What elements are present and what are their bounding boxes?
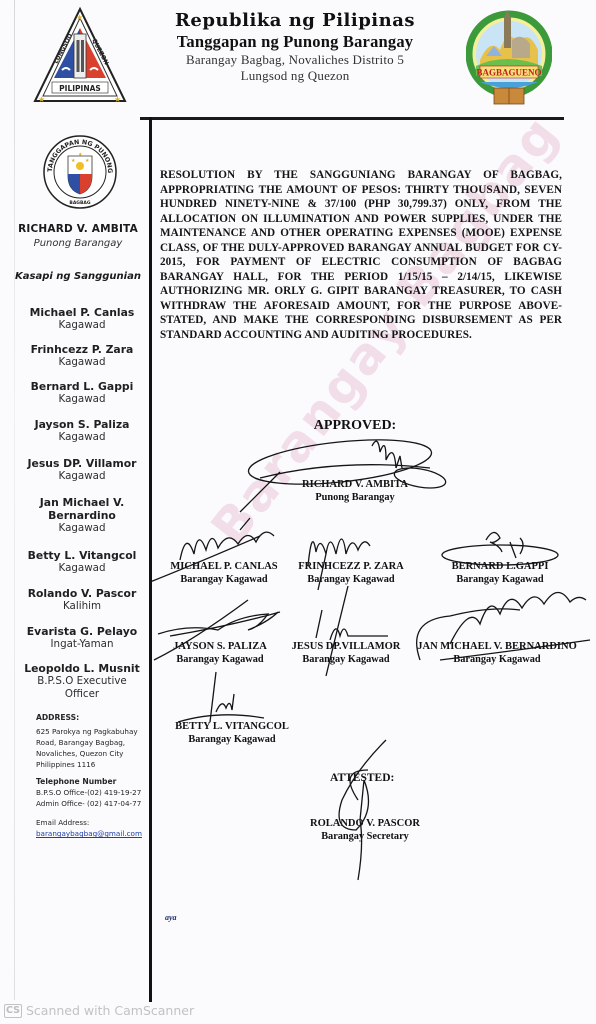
member-role: Kagawad	[14, 319, 150, 332]
member-name: Leopoldo L. Musnit	[14, 662, 150, 675]
council-member: Betty L. Vitangcol Kagawad	[14, 549, 150, 575]
camscanner-footer: CS Scanned with CamScanner	[4, 1003, 194, 1018]
member-role: Kagawad	[14, 470, 150, 483]
member-name-continued: Bernardino	[14, 509, 150, 522]
signatory-name: MICHAEL P. CANLAS	[164, 560, 284, 573]
address-line: Road, Barangay Bagbag,	[36, 737, 152, 748]
signature-block: JESUS DP.VILLAMOR Barangay Kagawad	[286, 640, 406, 666]
signature-block: JAN MICHAEL V. BERNARDINO Barangay Kagaw…	[412, 640, 582, 666]
svg-text:★: ★	[38, 95, 45, 104]
address-block: ADDRESS: 625 Parokya ng Pagkabuhay Road,…	[36, 712, 152, 770]
signatory-role: Barangay Kagawad	[440, 573, 560, 586]
email-link[interactable]: barangaybagbag@gmail.com	[36, 829, 142, 838]
member-role: Ingat-Yaman	[14, 638, 150, 651]
signature-block: MICHAEL P. CANLAS Barangay Kagawad	[164, 560, 284, 586]
address-line: 625 Parokya ng Pagkabuhay	[36, 726, 152, 737]
council-member: Bernard L. Gappi Kagawad	[14, 380, 150, 406]
signatory-name: JESUS DP.VILLAMOR	[286, 640, 406, 653]
signature-block: BETTY L. VITANGCOL Barangay Kagawad	[172, 720, 292, 746]
signatory-name: FRINHCEZZ P. ZARA	[286, 560, 416, 573]
attested-label: ATTESTED:	[330, 772, 394, 784]
council-members-heading: Kasapi ng Sanggunian	[14, 271, 142, 282]
header-divider	[140, 117, 564, 120]
address-line: Novaliches, Quezon City	[36, 748, 152, 759]
sidebar-chief-name: RICHARD V. AMBITA	[14, 223, 142, 235]
signatory-role: Barangay Kagawad	[286, 573, 416, 586]
member-role: Kalihim	[14, 600, 150, 613]
resolution-text: RESOLUTION BY THE SANGGUNIANG BARANGAY O…	[160, 168, 562, 342]
signatory-name: ROLANDO V. PASCOR	[300, 817, 430, 830]
svg-text:PILIPINAS: PILIPINAS	[59, 84, 101, 93]
council-member: Jayson S. Paliza Kagawad	[14, 418, 150, 444]
svg-text:BAGBAGUENO: BAGBAGUENO	[476, 68, 541, 78]
signatory-name: BERNARD L.GAPPI	[440, 560, 560, 573]
signatory-name: RICHARD V. AMBITA	[270, 478, 440, 491]
council-member: Jan Michael V. Bernardino Kagawad	[14, 496, 150, 535]
scanned-resolution-page: PILIPINAS LUNGSOD QUEZON ★ ★ ★ Republika…	[0, 0, 596, 1024]
member-name: Jesus DP. Villamor	[14, 457, 150, 470]
bagbag-barangay-logo-icon: BAGBAGUENO	[466, 10, 552, 110]
signatory-role: Barangay Kagawad	[172, 733, 292, 746]
approved-label: APPROVED:	[280, 418, 430, 434]
city-line: Lungsod ng Quezon	[150, 68, 440, 84]
member-name: Frinhcezz P. Zara	[14, 343, 150, 356]
signatory-name: JAN MICHAEL V. BERNARDINO	[412, 640, 582, 653]
member-role: Kagawad	[14, 431, 150, 444]
telephone-line: B.P.S.O Office-(02) 419-19-27	[36, 787, 152, 798]
member-role-continued: Officer	[14, 688, 150, 701]
email-block: Email Address: barangaybagbag@gmail.com	[36, 817, 152, 839]
punong-barangay-seal-icon: ★ ★ ★ TANGGAPAN NG PUNONG BARANGAY BAGBA…	[42, 134, 118, 210]
sidebar-chief-title: Punong Barangay	[14, 238, 142, 249]
typist-initials: aya	[165, 913, 177, 922]
signatory-role: Punong Barangay	[270, 491, 440, 504]
member-name: Evarista G. Pelayo	[14, 625, 150, 638]
signature-block-secretary: ROLANDO V. PASCOR Barangay Secretary	[300, 817, 430, 843]
signatory-role: Barangay Kagawad	[412, 653, 582, 666]
office-heading: Tanggapan ng Punong Barangay	[150, 32, 440, 52]
council-member: Jesus DP. Villamor Kagawad	[14, 457, 150, 483]
signature-block-chief: RICHARD V. AMBITA Punong Barangay	[270, 478, 440, 504]
council-member: Michael P. Canlas Kagawad	[14, 306, 150, 332]
signatory-name: BETTY L. VITANGCOL	[172, 720, 292, 733]
camscanner-logo-icon: CS	[4, 1004, 22, 1018]
email-label: Email Address:	[36, 817, 152, 828]
council-member: Rolando V. Pascor Kalihim	[14, 587, 150, 613]
svg-text:★: ★	[78, 152, 83, 158]
council-member: Evarista G. Pelayo Ingat-Yaman	[14, 625, 150, 651]
telephone-line: Admin Office- (02) 417-04-77	[36, 798, 152, 809]
member-name: Michael P. Canlas	[14, 306, 150, 319]
address-label: ADDRESS:	[36, 713, 79, 722]
signatory-role: Barangay Secretary	[300, 830, 430, 843]
camscanner-text: Scanned with CamScanner	[26, 1003, 194, 1018]
republic-heading: Republika ng Pilipinas	[150, 10, 440, 32]
svg-text:★: ★	[76, 13, 83, 22]
council-member: Frinhcezz P. Zara Kagawad	[14, 343, 150, 369]
telephone-label: Telephone Number	[36, 777, 116, 786]
barangay-address-line: Barangay Bagbag, Novaliches Distrito 5	[150, 52, 440, 68]
svg-text:★: ★	[71, 158, 76, 164]
signatory-role: Barangay Kagawad	[164, 573, 284, 586]
signature-block: FRINHCEZZ P. ZARA Barangay Kagawad	[286, 560, 416, 586]
signature-vitangcol-icon	[178, 672, 264, 722]
member-role: Kagawad	[14, 356, 150, 369]
member-role: Kagawad	[14, 562, 150, 575]
member-name: Bernard L. Gappi	[14, 380, 150, 393]
member-name: Betty L. Vitangcol	[14, 549, 150, 562]
member-role: Kagawad	[14, 522, 150, 535]
signatory-role: Barangay Kagawad	[160, 653, 280, 666]
signature-pascor-icon	[339, 740, 386, 880]
member-role: Kagawad	[14, 393, 150, 406]
signatory-role: Barangay Kagawad	[286, 653, 406, 666]
signatory-name: JAYSON S. PALIZA	[160, 640, 280, 653]
council-member: Leopoldo L. Musnit B.P.S.O Executive Off…	[14, 662, 150, 701]
svg-text:BAGBAG: BAGBAG	[69, 200, 91, 206]
quezon-city-seal-icon: PILIPINAS LUNGSOD QUEZON ★ ★ ★	[32, 6, 128, 106]
signature-block: JAYSON S. PALIZA Barangay Kagawad	[160, 640, 280, 666]
telephone-block: Telephone Number B.P.S.O Office-(02) 419…	[36, 776, 152, 809]
member-name: Rolando V. Pascor	[14, 587, 150, 600]
letterhead: Republika ng Pilipinas Tanggapan ng Puno…	[150, 10, 440, 84]
svg-text:★: ★	[85, 158, 90, 164]
member-name: Jan Michael V.	[14, 496, 150, 509]
svg-text:★: ★	[114, 95, 121, 104]
member-role: B.P.S.O Executive	[14, 675, 150, 688]
member-name: Jayson S. Paliza	[14, 418, 150, 431]
signature-block: BERNARD L.GAPPI Barangay Kagawad	[440, 560, 560, 586]
address-line: Philippines 1116	[36, 759, 152, 770]
